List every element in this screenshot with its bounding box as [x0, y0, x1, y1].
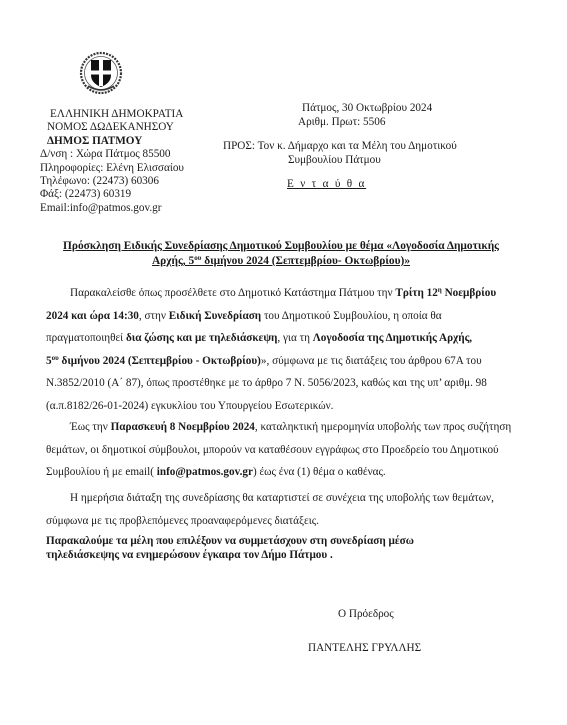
protocol-number: Αριθμ. Πρωτ: 5506 [298, 116, 385, 129]
meeting-day: Τρίτη 12 [395, 287, 437, 299]
sender-info-contact: Πληροφορίες: Ελένη Ελισσαίου [40, 162, 184, 175]
municipality-name: ΔΗΜΟΣ ΠΑΤΜΟΥ [40, 135, 184, 148]
prefecture-name: ΝΟΜΟΣ ΔΩΔΕΚΑΝΗΣΟΥ [40, 121, 184, 134]
text: ) έως ένα (1) θέμα ο καθένας. [253, 466, 386, 478]
place-date: Πάτμος, 30 Οκτωβρίου 2024 [302, 102, 432, 115]
greek-coat-of-arms-icon [78, 50, 124, 96]
text: , στην [139, 310, 169, 322]
paragraph-deadline: Έως την Παρασκευή 8 Νοεμβρίου 2024, κατα… [46, 416, 520, 484]
recipient-line-1: ΠΡΟΣ: Τον κ. Δήμαρχο και τα Μέλη του Δημ… [223, 140, 457, 153]
title-line-2: Αρχής, 5ου διμήνου 2024 (Σεπτεμβρίου- Οκ… [46, 254, 516, 269]
sender-fax: Φάξ: (22473) 60319 [40, 188, 184, 201]
request-line-1: Παρακαλούμε τα μέλη που επιλέξουν να συμ… [46, 534, 520, 548]
sender-block: ΕΛΛΗΝΙΚΗ ΔΗΜΟΚΡΑΤΙΑ ΝΟΜΟΣ ΔΩΔΕΚΑΝΗΣΟΥ ΔΗ… [40, 108, 184, 215]
republic-name: ΕΛΛΗΝΙΚΗ ΔΗΜΟΚΡΑΤΙΑ [40, 108, 184, 121]
recipient-line-2: Συμβουλίου Πάτμου [288, 154, 381, 167]
paragraph-request: Παρακαλούμε τα μέλη που επιλέξουν να συμ… [46, 534, 520, 562]
title-text: Αρχής, 5 [152, 255, 194, 267]
meeting-subject: Λογοδοσία της Δημοτικής Αρχής, [313, 332, 472, 344]
sender-address: Δ/νση : Χώρα Πάτμος 85500 [40, 148, 184, 161]
locality: Ε ν τ α ύ θ α [287, 178, 366, 191]
text: Η ημερήσια διάταξη της συνεδρίασης θα κα… [46, 492, 494, 527]
text: , για τη [277, 332, 312, 344]
meeting-type: Ειδική Συνεδρίαση [169, 310, 261, 322]
signatory-name: ΠΑΝΤΕΛΗΣ ΓΡΥΛΛΗΣ [308, 642, 421, 654]
title-text: διμήνου 2024 (Σεπτεμβρίου- Οκτωβρίου)» [201, 255, 410, 267]
bimester-period: διμήνου 2024 (Σεπτεμβρίου - Οκτωβρίου) [59, 355, 261, 367]
paragraph-invitation: Παρακαλείσθε όπως προσέλθετε στο Δημοτικ… [46, 282, 520, 418]
paragraph-agenda: Η ημερήσια διάταξη της συνεδρίασης θα κα… [46, 487, 520, 532]
email-link[interactable]: info@patmos.gov.gr [157, 466, 253, 478]
text: Παρακαλείσθε όπως προσέλθετε στο Δημοτικ… [70, 287, 395, 299]
sender-phone: Τηλέφωνο: (22473) 60306 [40, 175, 184, 188]
meeting-mode: δια ζώσης και με τηλεδιάσκεψη [126, 332, 277, 344]
superscript: η [438, 286, 442, 294]
request-line-2: τηλεδιάσκεψης να ενημερώσουν έγκαιρα τον… [46, 548, 520, 562]
title-line-1: Πρόσκληση Ειδικής Συνεδρίασης Δημοτικού … [46, 239, 516, 254]
superscript: ου [52, 354, 59, 362]
deadline-date: Παρασκευή 8 Νοεμβρίου 2024 [111, 421, 255, 433]
sender-email: Email:info@patmos.gov.gr [40, 202, 184, 215]
signatory-role: Ο Πρόεδρος [338, 608, 394, 620]
text: Έως την [70, 421, 111, 433]
document-title: Πρόσκληση Ειδικής Συνεδρίασης Δημοτικού … [46, 239, 516, 269]
